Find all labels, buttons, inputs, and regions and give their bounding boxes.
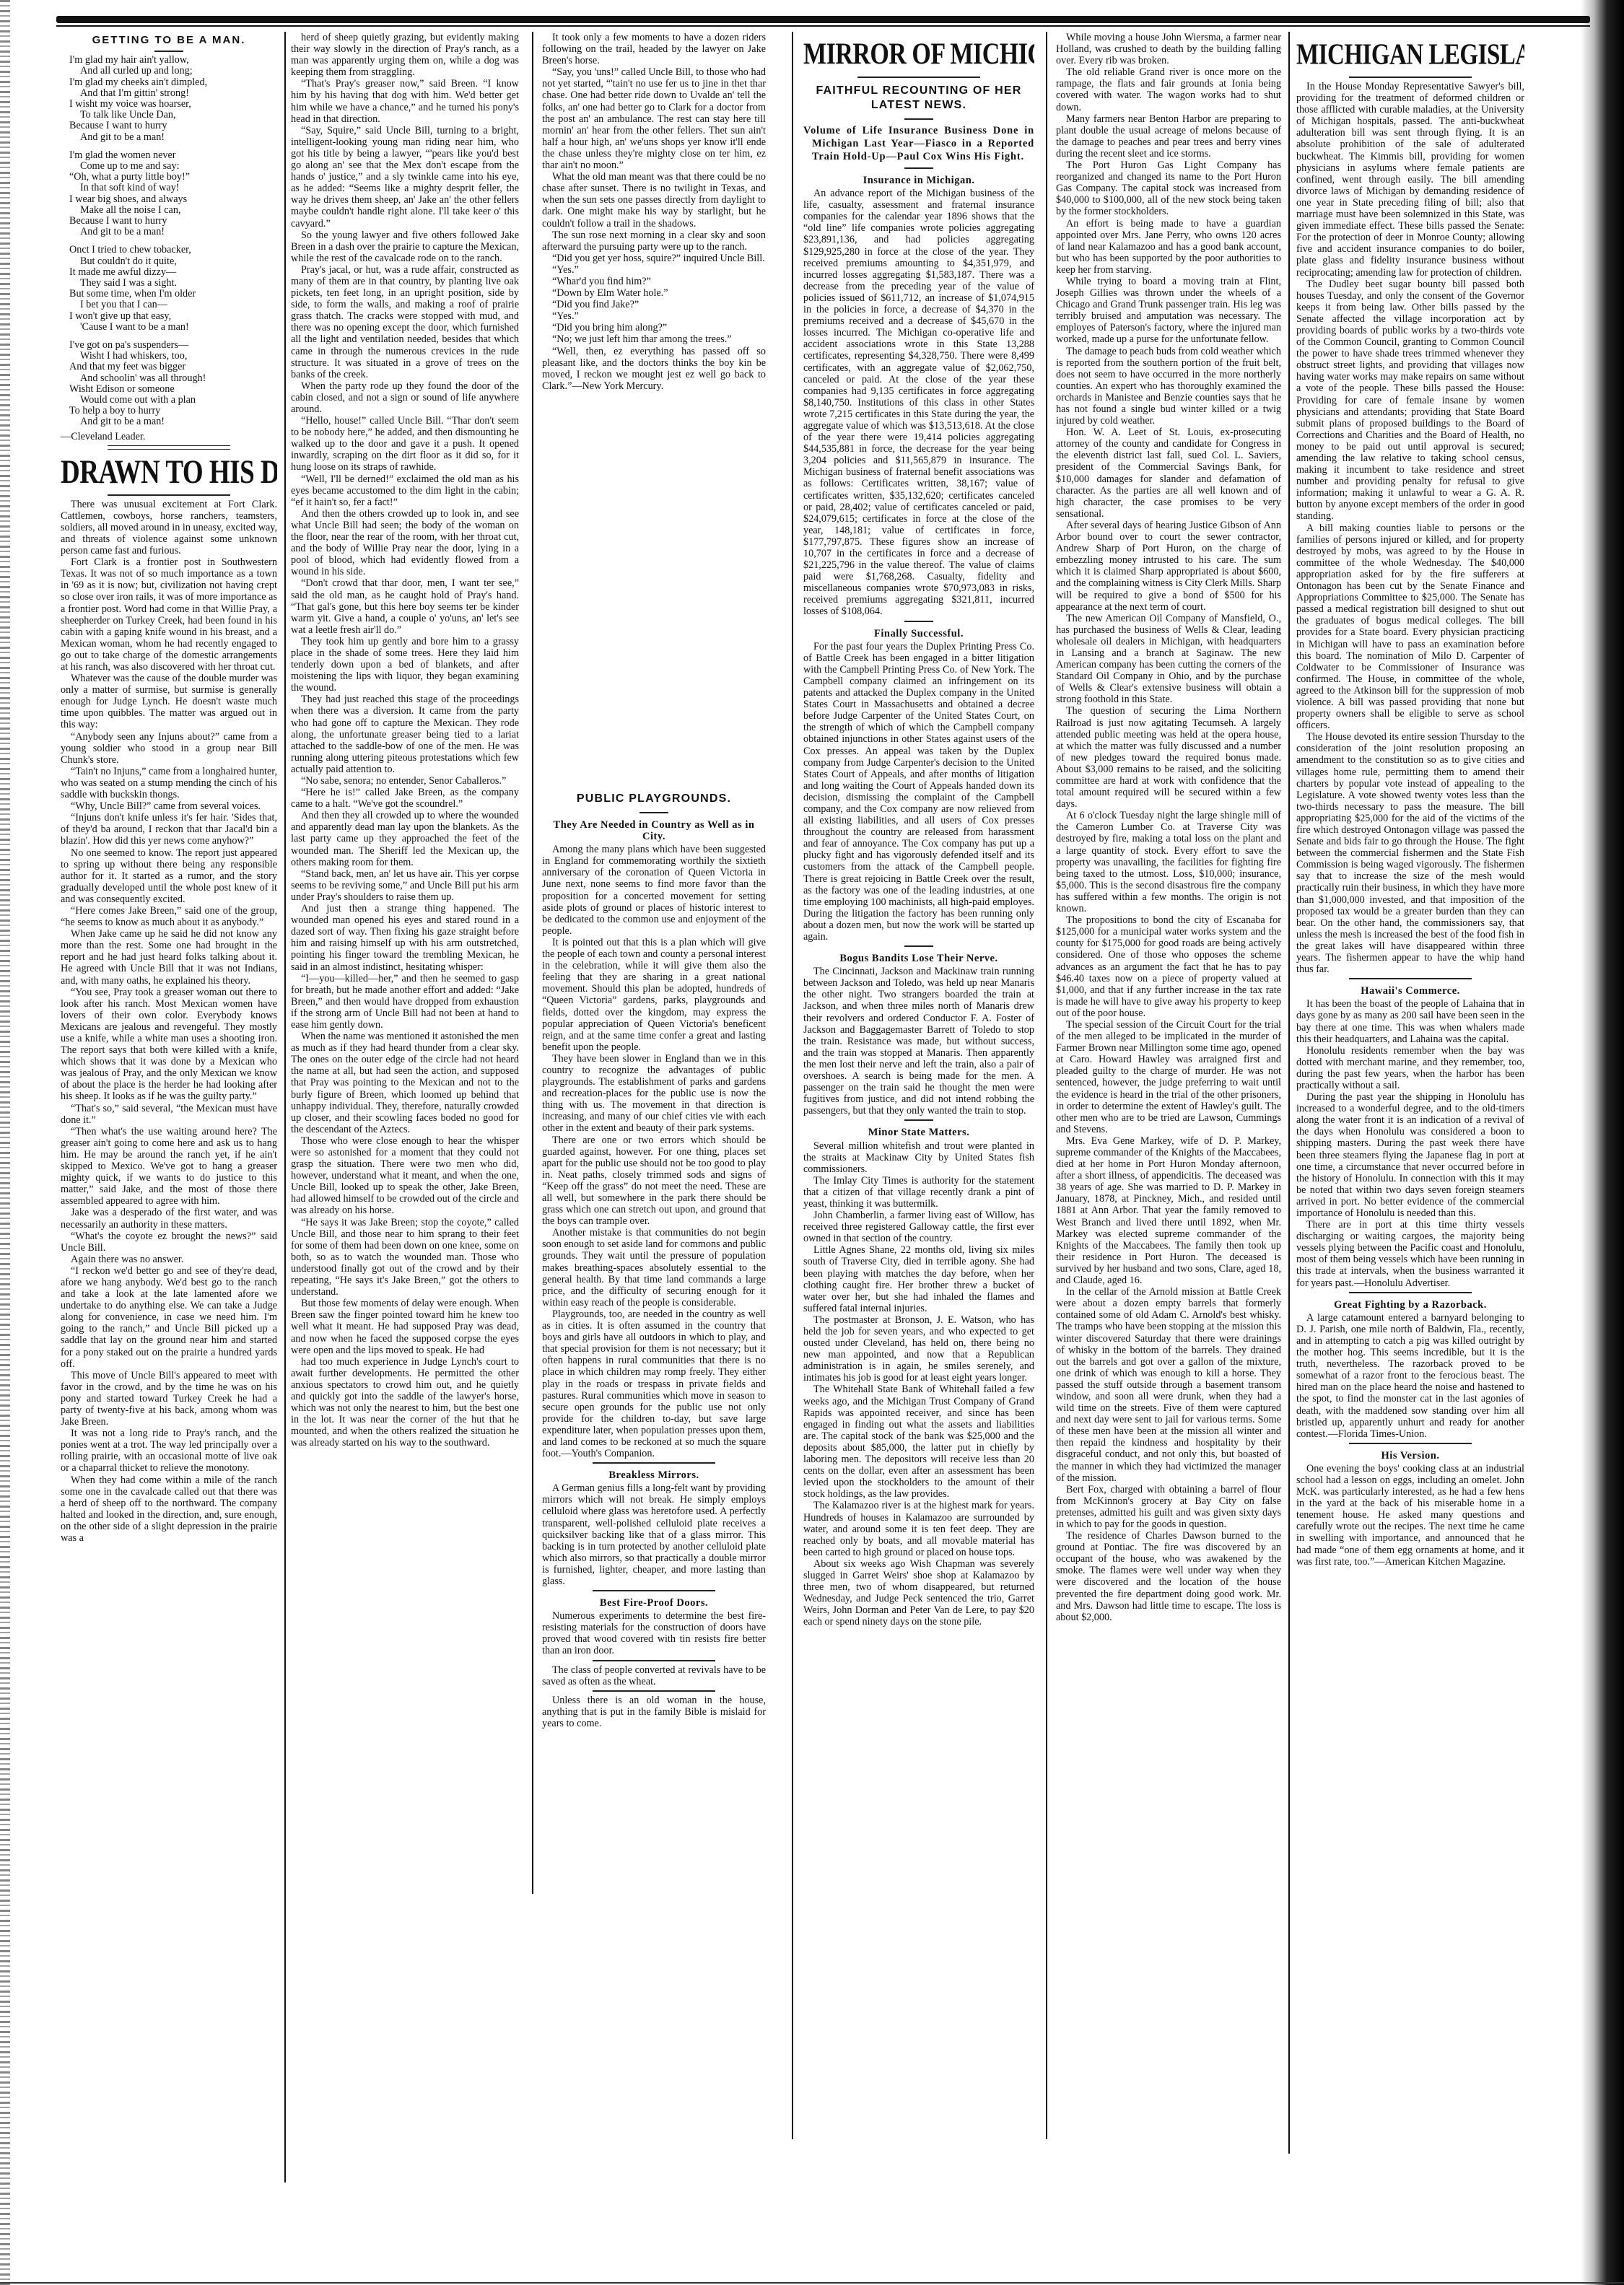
paragraph: Hon. W. A. Leet of St. Louis, ex-prosecu… (1056, 427, 1281, 520)
separator (1349, 978, 1472, 979)
paragraph: In the House Monday Representative Sawye… (1296, 81, 1524, 279)
paragraph: When the party rode up they found the do… (291, 380, 519, 415)
paragraph: “Did you find Jake?” (542, 299, 766, 310)
poem-line: Would come out with a plan (69, 395, 277, 406)
paragraph: Those who were close enough to hear the … (291, 1135, 519, 1217)
poem-line: Because I want to hurry (69, 121, 277, 131)
finally-successful-body: For the past four years the Duplex Print… (803, 641, 1034, 943)
column-divider (1046, 32, 1047, 2139)
hawaii-headline: Hawaii's Commerce. (1296, 985, 1524, 997)
poem-line: And schoolin' was all through! (69, 373, 277, 384)
mirrors-body: A German genius fills a long-felt want b… (542, 1482, 766, 1587)
poem-line: 'Cause I want to be a man! (69, 322, 277, 333)
poem-line: To talk like Uncle Dan, (69, 110, 277, 121)
paragraph: It took only a few moments to have a doz… (542, 32, 766, 66)
separator (1349, 1443, 1472, 1444)
razorback-headline: Great Fighting by a Razorback. (1296, 1299, 1524, 1311)
column-5: While moving a house John Wiersma, a far… (1056, 32, 1281, 2240)
paragraph: Many farmers near Benton Harbor are prep… (1056, 113, 1281, 160)
paragraph: When the name was mentioned it astonishe… (291, 1031, 519, 1135)
poem-line: Wisht I had whiskers, too, (69, 351, 277, 362)
masthead-rule (56, 16, 1590, 23)
poem-line: And all curled up and long; (69, 66, 277, 77)
version-body: One evening the boys' cooking class at a… (1296, 1463, 1524, 1568)
column-6: MICHIGAN LEGISLATURE In the House Monday… (1296, 32, 1524, 2240)
paragraph: While trying to board a moving train at … (1056, 276, 1281, 346)
paragraph: And then the others crowded up to look i… (291, 508, 519, 578)
paragraph: The question of securing the Lima Northe… (1056, 705, 1281, 810)
paragraph: One evening the boys' cooking class at a… (1296, 1463, 1524, 1568)
doors-body: Numerous experiments to determine the be… (542, 1610, 766, 1656)
filler-family-bible: Unless there is an old woman in the hous… (542, 1695, 766, 1729)
column-divider (1288, 32, 1290, 2154)
poem-line: To help a boy to hurry (69, 406, 277, 416)
paragraph: And then they all crowded up to where th… (291, 810, 519, 868)
paragraph: A large catamount entered a barnyard bel… (1296, 1312, 1524, 1440)
poem-line: It made me awful dizzy— (69, 267, 277, 278)
paragraph: There are one or two errors which should… (542, 1135, 766, 1228)
poem-stanza: I'm glad my hair ain't yallow,And all cu… (69, 55, 277, 143)
paragraph: When Jake came up he said he did not kno… (61, 928, 277, 986)
poem-line: They said I was a sight. (69, 278, 277, 289)
separator (904, 118, 933, 120)
paragraph: The Port Huron Gas Light Company has reo… (1056, 160, 1281, 217)
paragraph: “Here comes Jake Breen,” said one of the… (61, 905, 277, 928)
paragraph: For the past four years the Duplex Print… (803, 641, 1034, 943)
paragraph: “That's so,” said several, “the Mexican … (61, 1103, 277, 1126)
paragraph: “Well, I'll be derned!” exclaimed the ol… (291, 473, 519, 508)
scan-right-edge (1581, 0, 1624, 2285)
paragraph: There was unusual excitement at Fort Cla… (61, 499, 277, 556)
poem-source: —Cleveland Leader. (61, 431, 277, 442)
version-headline: His Version. (1296, 1450, 1524, 1462)
separator (639, 812, 668, 813)
column-divider (532, 32, 533, 1894)
paragraph: The Cincinnati, Jackson and Mackinaw tra… (803, 966, 1034, 1117)
paragraph: Jake was a desperado of the first water,… (61, 1207, 277, 1230)
paragraph: So the young lawyer and five others foll… (291, 230, 519, 264)
poem-title: GETTING TO BE A MAN. (61, 35, 277, 46)
poem-line: Come up to me and say: (69, 161, 277, 172)
poem-line: I'm glad the women never (69, 150, 277, 161)
paragraph: “Here he is!” called Jake Breen, as the … (291, 787, 519, 810)
column-3: It took only a few moments to have a doz… (542, 32, 766, 2240)
story-body-part-3: It took only a few moments to have a doz… (542, 32, 766, 786)
mirror-of-michigan-headline: MIRROR OF MICHIGAN (803, 37, 1034, 73)
paragraph: “Injuns don't knife unless it's fer hair… (61, 812, 277, 847)
paragraph: Playgrounds, too, are needed in the coun… (542, 1308, 766, 1459)
paragraph: The new American Oil Company of Mansfiel… (1056, 613, 1281, 706)
poem-stanza: I've got on pa's suspenders—Wisht I had … (69, 340, 277, 428)
story-body-part-1: There was unusual excitement at Fort Cla… (61, 499, 277, 1544)
paragraph: They took him up gently and bore him to … (291, 636, 519, 694)
poem-line: I won't give up that easy, (69, 311, 277, 322)
paragraph: “Tain't no Injuns,” came from a longhair… (61, 766, 277, 800)
paragraph: Honolulu residents remember when the bay… (1296, 1045, 1524, 1091)
michigan-news-body: While moving a house John Wiersma, a far… (1056, 32, 1281, 1623)
column-2: herd of sheep quietly grazing, but evide… (291, 32, 519, 2240)
paragraph: “Well, then, ez everything has passed of… (542, 346, 766, 392)
legislature-body: In the House Monday Representative Sawye… (1296, 81, 1524, 975)
mirrors-headline: Breakless Mirrors. (542, 1469, 766, 1481)
paragraph: Bert Fox, charged with obtaining a barre… (1056, 1484, 1281, 1530)
hawaii-body: It has been the boast of the people of L… (1296, 998, 1524, 1288)
bogus-bandits-body: The Cincinnati, Jackson and Mackinaw tra… (803, 966, 1034, 1117)
paragraph: After several days of hearing Justice Gi… (1056, 520, 1281, 613)
separator (904, 1119, 933, 1121)
separator (108, 445, 230, 450)
paragraph: “Did you bring him along?” (542, 322, 766, 333)
story-body-part-2: herd of sheep quietly grazing, but evide… (291, 32, 519, 1449)
paragraph: About six weeks ago Wish Chapman was sev… (803, 1558, 1034, 1628)
page-bottom-rule (0, 2282, 1624, 2284)
poem-line: Wisht Edison or someone (69, 384, 277, 395)
poem-line: In that soft kind of way! (69, 183, 277, 193)
insurance-body: An advance report of the Michigan busine… (803, 188, 1034, 617)
mirror-of-michigan-subhead: FAITHFUL RECOUNTING OF HER LATEST NEWS. (803, 84, 1034, 113)
paragraph: Mrs. Eva Gene Markey, wife of D. P. Mark… (1056, 1135, 1281, 1286)
paragraph: But those few moments of delay were enou… (291, 1298, 519, 1355)
poem-line: I bet you that I can— (69, 300, 277, 310)
paragraph: “Then what's the use waiting around here… (61, 1126, 277, 1207)
scan-left-edge (0, 0, 10, 2285)
paragraph: “Whar'd you find him?” (542, 276, 766, 287)
paragraph: The postmaster at Bronson, J. E. Watson,… (803, 1314, 1034, 1384)
separator (593, 1690, 715, 1692)
paragraph: “He says it was Jake Breen; stop the coy… (291, 1217, 519, 1298)
paragraph: The Kalamazoo river is at the highest ma… (803, 1500, 1034, 1557)
paragraph: Several million whitefish and trout were… (803, 1140, 1034, 1175)
paragraph: John Chamberlin, a farmer living east of… (803, 1210, 1034, 1244)
paragraph: Again there was no answer. (61, 1254, 277, 1265)
paragraph: “You see, Pray took a greaser woman out … (61, 987, 277, 1103)
separator (1349, 1292, 1472, 1293)
paragraph: It has been the boast of the people of L… (1296, 998, 1524, 1044)
paragraph: An advance report of the Michigan busine… (803, 188, 1034, 617)
paragraph: They have been slower in England than we… (542, 1053, 766, 1135)
paragraph: The Whitehall State Bank of Whitehall fa… (803, 1384, 1034, 1500)
insurance-headline: Insurance in Michigan. (803, 175, 1034, 186)
poem-stanza: Onct I tried to chew tobacker,But couldn… (69, 245, 277, 333)
doors-headline: Best Fire-Proof Doors. (542, 1597, 766, 1609)
separator (904, 621, 933, 622)
paragraph: The Dudley beet sugar bounty bill passed… (1296, 279, 1524, 523)
paragraph: It is pointed out that this is a plan wh… (542, 937, 766, 1053)
separator (154, 51, 183, 52)
razorback-body: A large catamount entered a barnyard bel… (1296, 1312, 1524, 1440)
paragraph: This move of Uncle Bill's appeared to me… (61, 1370, 277, 1428)
poem-line: “Oh, what a purty little boy!” (69, 172, 277, 183)
paragraph: “Why, Uncle Bill?” came from several voi… (61, 800, 277, 812)
paragraph: During the past year the shipping in Hon… (1296, 1091, 1524, 1219)
paragraph: “Yes.” (542, 264, 766, 276)
paragraph: Whatever was the cause of the double mur… (61, 673, 277, 730)
paragraph: “I—you—killed—her,” and then he seemed t… (291, 973, 519, 1031)
paragraph: The Imlay City Times is authority for th… (803, 1175, 1034, 1210)
playgrounds-deck: They Are Needed in Country as Well as in… (542, 819, 766, 842)
paragraph: “That's Pray's greaser now,” said Breen.… (291, 78, 519, 124)
separator (904, 167, 933, 169)
poem-line: Onct I tried to chew tobacker, (69, 245, 277, 255)
paragraph: While moving a house John Wiersma, a far… (1056, 32, 1281, 66)
paragraph: “Anybody seen any Injuns about?” came fr… (61, 731, 277, 766)
minor-state-matters-headline: Minor State Matters. (803, 1127, 1034, 1138)
bogus-bandits-headline: Bogus Bandits Lose Their Nerve. (803, 953, 1034, 964)
paragraph: Among the many plans which have been sug… (542, 844, 766, 937)
paragraph: It was not a long ride to Pray's ranch, … (61, 1428, 277, 1474)
paragraph: What the old man meant was that there co… (542, 171, 766, 229)
poem-line: And git to be a man! (69, 227, 277, 237)
paragraph: Little Agnes Shane, 22 months old, livin… (803, 1244, 1034, 1314)
poem-line: And git to be a man! (69, 416, 277, 427)
paragraph: When they had come within a mile of the … (61, 1474, 277, 1545)
paragraph: “Say, Squire,” said Uncle Bill, turning … (291, 125, 519, 230)
paragraph: Pray's jacal, or hut, was a rude affair,… (291, 264, 519, 380)
paragraph: Fort Clark is a frontier post in Southwe… (61, 556, 277, 673)
poem-line: But some time, when I'm older (69, 289, 277, 300)
paragraph: “Say, you 'uns!” called Uncle Bill, to t… (542, 66, 766, 171)
poem-line: I wisht my voice was hoarser, (69, 99, 277, 110)
poem-line: And that I'm gittin' strong! (69, 88, 277, 99)
paragraph: Numerous experiments to determine the be… (542, 1610, 766, 1656)
separator (857, 77, 980, 78)
playgrounds-headline: PUBLIC PLAYGROUNDS. (542, 792, 766, 806)
paragraph: “No sabe, senora; no entender, Senor Cab… (291, 775, 519, 787)
legislature-headline: MICHIGAN LEGISLATURE (1296, 37, 1524, 73)
paragraph: “Don't crowd that thar door, men, I want… (291, 577, 519, 635)
playgrounds-body: Among the many plans which have been sug… (542, 844, 766, 1459)
poem-line: I've got on pa's suspenders— (69, 340, 277, 351)
separator (1349, 77, 1472, 78)
minor-state-matters-body: Several million whitefish and trout were… (803, 1140, 1034, 1628)
mirror-of-michigan-deck: Volume of Life Insurance Business Done i… (803, 124, 1034, 163)
paragraph: A bill making counties liable to persons… (1296, 523, 1524, 732)
paragraph: “Down by Elm Water hole.” (542, 287, 766, 299)
paragraph: They had just reached this stage of the … (291, 694, 519, 775)
paragraph: The propositions to bond the city of Esc… (1056, 914, 1281, 1019)
story-headline: DRAWN TO HIS DOOM. (61, 455, 277, 491)
paragraph: herd of sheep quietly grazing, but evide… (291, 32, 519, 78)
poem-line: I'm glad my hair ain't yallow, (69, 55, 277, 66)
column-4: MIRROR OF MICHIGAN FAITHFUL RECOUNTING O… (803, 32, 1034, 2240)
paragraph: The damage to peach buds from cold weath… (1056, 346, 1281, 427)
paragraph: The sun rose next morning in a clear sky… (542, 230, 766, 253)
paragraph: had too much experience in Judge Lynch's… (291, 1356, 519, 1449)
separator (108, 494, 230, 496)
paragraph: An effort is being made to have a guardi… (1056, 218, 1281, 276)
paragraph: The old reliable Grand river is once mor… (1056, 66, 1281, 113)
paragraph: In the cellar of the Arnold mission at B… (1056, 1286, 1281, 1484)
paragraph: A German genius fills a long-felt want b… (542, 1482, 766, 1587)
column-divider (284, 32, 286, 2183)
paragraph: The residence of Charles Dawson burned t… (1056, 1530, 1281, 1623)
separator (593, 1462, 715, 1464)
paragraph: “Hello, house!” called Uncle Bill. “Thar… (291, 415, 519, 473)
poem-line: And git to be a man! (69, 132, 277, 143)
paragraph: “What's the coyote ez brought the news?”… (61, 1231, 277, 1254)
poem-line: But couldn't do it quite, (69, 256, 277, 267)
poem-line: I'm glad my cheeks ain't dimpled, (69, 77, 277, 88)
paragraph: At 6 o'clock Tuesday night the large shi… (1056, 810, 1281, 914)
poem-line: Because I want to hurry (69, 216, 277, 227)
poem-line: And that my feet was bigger (69, 362, 277, 372)
separator (593, 1660, 715, 1661)
paragraph: Another mistake is that communities do n… (542, 1227, 766, 1308)
paragraph: “Yes.” (542, 310, 766, 322)
paragraph: No one seemed to know. The report just a… (61, 847, 277, 905)
column-1: GETTING TO BE A MAN. I'm glad my hair ai… (61, 32, 277, 2240)
column-divider (792, 32, 793, 2139)
filler-revivals: The class of people converted at revival… (542, 1664, 766, 1687)
paragraph: The House devoted its entire session Thu… (1296, 731, 1524, 975)
paragraph: “No; we just left him thar among the tre… (542, 333, 766, 345)
poem-stanza: I'm glad the women neverCome up to me an… (69, 150, 277, 238)
paragraph: There are in port at this time thirty ve… (1296, 1219, 1524, 1289)
paragraph: “Did you get yer hoss, squire?” inquired… (542, 253, 766, 264)
poem-line: Make all the noise I can, (69, 205, 277, 216)
poem-body: I'm glad my hair ain't yallow,And all cu… (69, 55, 277, 428)
poem-line: I wear big shoes, and always (69, 194, 277, 205)
paragraph: “I reckon we'd better go and see of they… (61, 1265, 277, 1370)
masthead-rule-thin (56, 25, 1590, 27)
separator (904, 945, 933, 947)
finally-successful-headline: Finally Successful. (803, 628, 1034, 639)
paragraph: “Stand back, men, an' let us have air. T… (291, 868, 519, 903)
separator (593, 1590, 715, 1591)
paragraph: And just then a strange thing happened. … (291, 903, 519, 973)
paragraph: The special session of the Circuit Court… (1056, 1019, 1281, 1135)
